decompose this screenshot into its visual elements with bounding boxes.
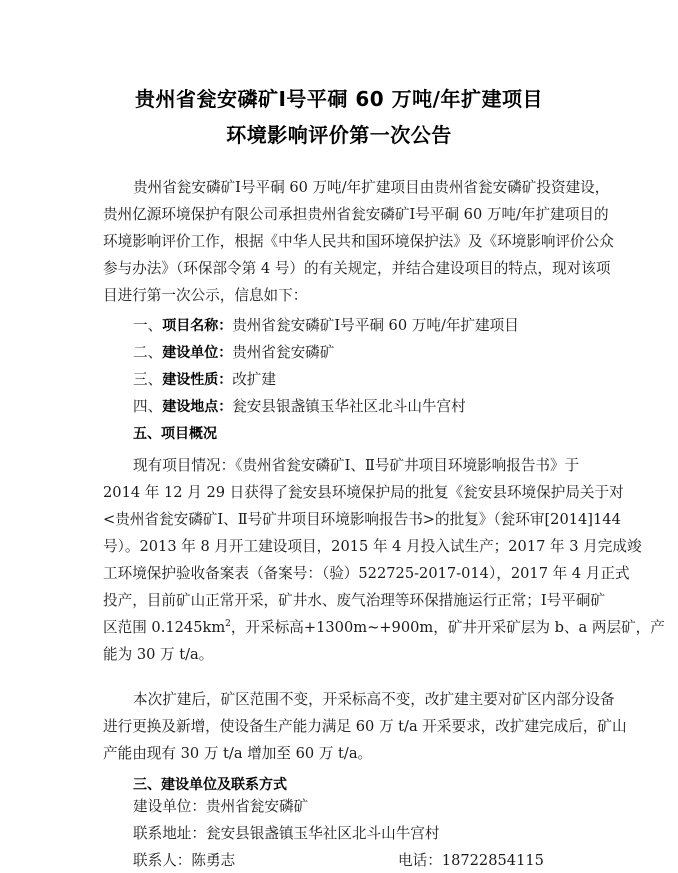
item-construction-location: 四、建设地点：瓮安县银盏镇玉华社区北斗山牛宫村: [133, 397, 575, 417]
intro-line: 参与办法》（环保部令第 4 号）的有关规定，并结合建设项目的特点，现对该项: [103, 259, 575, 279]
contact-phone-row: 电话：18722854115: [398, 851, 578, 871]
item-label: 建设地点：: [162, 399, 232, 415]
existing-line: 投产，目前矿山正常开采，矿井水、废气治理等环保措施运行正常；Ⅰ号平硐矿: [103, 591, 575, 611]
contact-address: 联系地址：瓮安县银盏镇玉华社区北斗山牛宫村: [133, 824, 575, 844]
intro-line: 环境影响评价工作，根据《中华人民共和国环境保护法》及《环境影响评价公众: [103, 232, 575, 252]
area-text: 区范围 0.1245km: [103, 619, 225, 636]
item-value: 贵州省瓮安磷矿: [232, 344, 334, 361]
item-prefix: 四、: [133, 398, 162, 415]
item-construction-unit: 二、建设单位：贵州省瓮安磷矿: [133, 343, 575, 363]
area-text-rest: ，开采标高+1300m~+900m，矿井开采矿层为 b、a 两层矿，产: [231, 619, 665, 636]
intro-line: 目进行第一次公示，信息如下：: [103, 286, 575, 306]
existing-line: 工环境保护验收备案表（备案号：（验）522725-2017-014），2017 …: [103, 564, 575, 584]
item-prefix: 二、: [133, 344, 162, 361]
item-value: 贵州省瓮安磷矿Ⅰ号平硐 60 万吨/年扩建项目: [232, 317, 519, 334]
contact-phone-value: 18722854115: [442, 852, 544, 869]
item-label: 项目名称：: [162, 318, 232, 334]
expansion-line: 产能由现有 30 万 t/a 增加至 60 万 t/a。: [103, 744, 575, 764]
intro-line: 贵州省瓮安磷矿Ⅰ号平硐 60 万吨/年扩建项目由贵州省瓮安磷矿投资建设，: [133, 178, 575, 198]
existing-line-area: 区范围 0.1245km2，开采标高+1300m~+900m，矿井开采矿层为 b…: [103, 618, 575, 638]
contact-person-value: 陈勇志: [191, 852, 235, 869]
contact-unit-value: 贵州省瓮安磷矿: [206, 798, 308, 815]
expansion-line: 进行更换及新增，使设备生产能力满足 60 万 t/a 开采要求，改扩建完成后，矿…: [103, 717, 575, 737]
item-prefix: 一、: [133, 317, 162, 334]
item-prefix: 三、: [133, 371, 162, 388]
item-value: 改扩建: [232, 371, 276, 388]
document-title-line1: 贵州省瓮安磷矿Ⅰ号平硐 60 万吨/年扩建项目: [0, 87, 678, 111]
expansion-line: 本次扩建后，矿区范围不变，开采标高不变，改扩建主要对矿区内部分设备: [133, 690, 575, 710]
contact-phone-label: 电话：: [398, 852, 442, 869]
contact-unit-label: 建设单位：: [133, 798, 206, 815]
contact-unit: 建设单位：贵州省瓮安磷矿: [133, 797, 575, 817]
section5-heading: 五、项目概况: [133, 424, 575, 444]
existing-line: 2014 年 12 月 29 日获得了瓮安县环境保护局的批复《瓮安县环境保护局关…: [103, 483, 575, 503]
item-project-name: 一、项目名称：贵州省瓮安磷矿Ⅰ号平硐 60 万吨/年扩建项目: [133, 316, 575, 336]
intro-line: 贵州亿源环境保护有限公司承担贵州省瓮安磷矿Ⅰ号平硐 60 万吨/年扩建项目的: [103, 205, 575, 225]
contact-person-label: 联系人：: [133, 852, 191, 869]
contact-address-value: 瓮安县银盏镇玉华社区北斗山牛宫村: [206, 825, 440, 842]
item-construction-nature: 三、建设性质：改扩建: [133, 370, 575, 390]
document-page: 贵州省瓮安磷矿Ⅰ号平硐 60 万吨/年扩建项目 环境影响评价第一次公告 贵州省瓮…: [0, 0, 678, 873]
item-label: 建设单位：: [162, 345, 232, 361]
existing-line: 现有项目情况：《贵州省瓮安磷矿Ⅰ、Ⅱ号矿井项目环境影响报告书》于: [133, 456, 575, 476]
item-label: 建设性质：: [162, 372, 232, 388]
contact-heading: 三、建设单位及联系方式: [133, 775, 575, 795]
existing-line: 能为 30 万 t/a。: [103, 645, 575, 665]
existing-line: 号）。2013 年 8 月开工建设项目，2015 年 4 月投入试生产；2017…: [103, 537, 575, 557]
document-title-line2: 环境影响评价第一次公告: [0, 123, 678, 147]
item-value: 瓮安县银盏镇玉华社区北斗山牛宫村: [232, 398, 466, 415]
contact-address-label: 联系地址：: [133, 825, 206, 842]
existing-line: <贵州省瓮安磷矿Ⅰ、Ⅱ号矿井项目环境影响报告书>的批复》（瓮环审[2014]14…: [103, 510, 575, 530]
